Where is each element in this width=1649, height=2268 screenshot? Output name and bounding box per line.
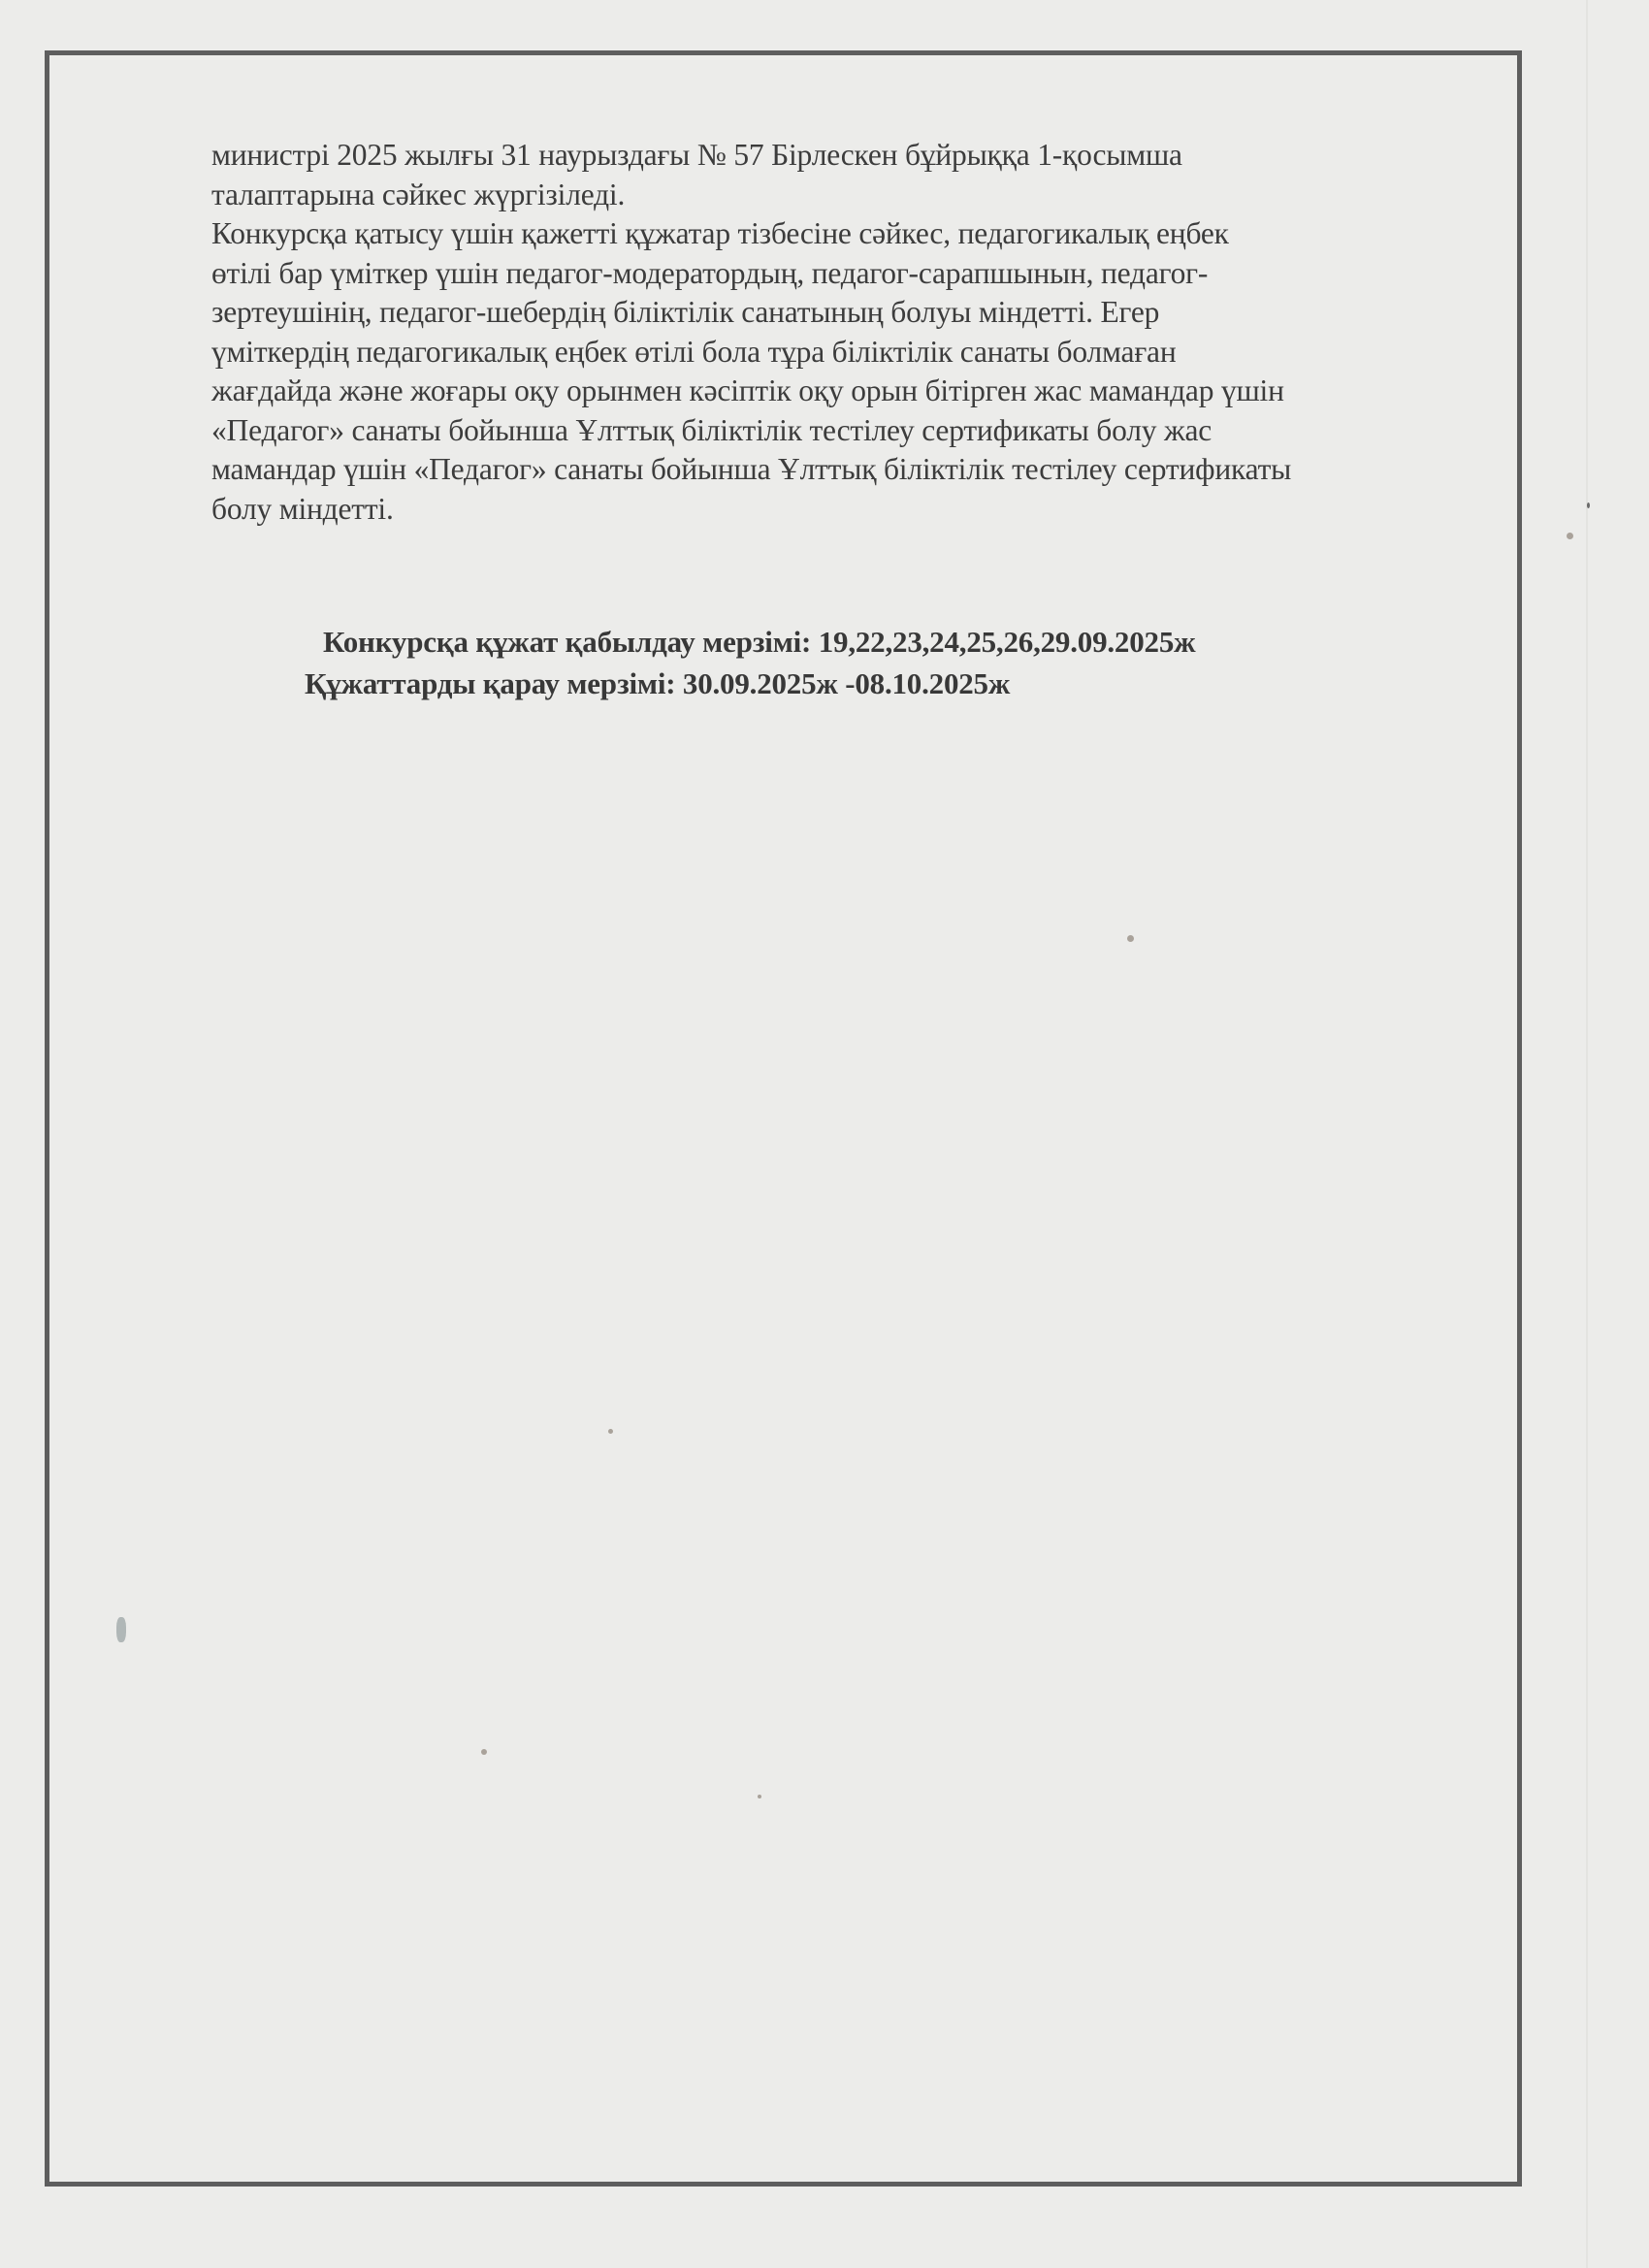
- paragraph-line: мамандар үшін «Педагог» санаты бойынша Ұ…: [211, 450, 1502, 490]
- body-paragraph: министрі 2025 жылғы 31 наурыздағы № 57 Б…: [211, 136, 1502, 529]
- scan-smudge: [116, 1617, 126, 1642]
- paragraph-line: өтілі бар үміткер үшін педагог-модератор…: [211, 254, 1502, 294]
- paragraph-line: «Педагог» санаты бойынша Ұлттық біліктіл…: [211, 411, 1502, 451]
- document-review-deadline: Құжаттарды қарау мерзімі: 30.09.2025ж -0…: [305, 664, 1010, 703]
- scan-speck: [1587, 502, 1590, 508]
- scan-edge-line: [1586, 0, 1588, 2268]
- paragraph-line: зертеушінің, педагог-шебердің біліктілік…: [211, 293, 1502, 333]
- paragraph-line: үміткердің педагогикалық еңбек өтілі бол…: [211, 333, 1502, 373]
- scan-speck: [758, 1795, 761, 1798]
- paragraph-line: министрі 2025 жылғы 31 наурыздағы № 57 Б…: [211, 136, 1502, 176]
- scan-speck: [608, 1429, 613, 1434]
- scan-speck: [1127, 935, 1134, 942]
- paragraph-line: Конкурсқа қатысу үшін қажетті құжатар ті…: [211, 214, 1502, 254]
- document-acceptance-deadline: Конкурсқа құжат қабылдау мерзімі: 19,22,…: [323, 623, 1195, 662]
- paragraph-line: болу міндетті.: [211, 490, 1502, 530]
- scan-speck: [1567, 533, 1573, 539]
- scan-speck: [481, 1749, 487, 1755]
- paragraph-line: талаптарына сәйкес жүргізіледі.: [211, 176, 1502, 215]
- paragraph-line: жағдайда және жоғары оқу орынмен кәсіпті…: [211, 372, 1502, 411]
